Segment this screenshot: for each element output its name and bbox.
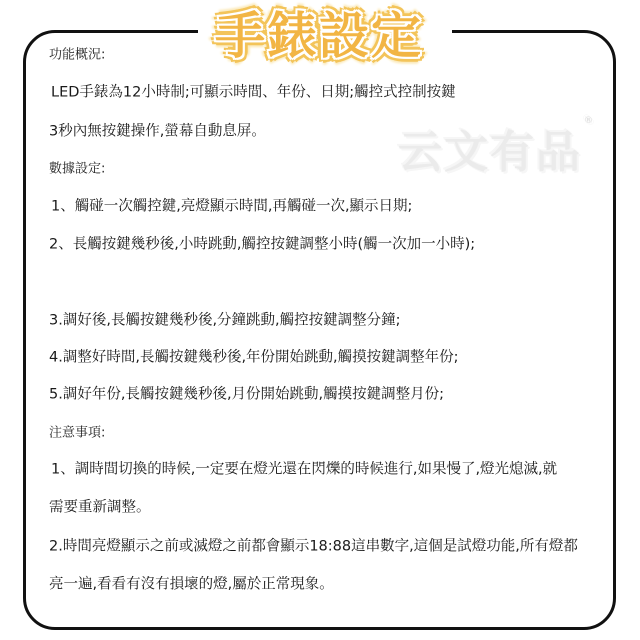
watermark-text: 云文有品	[398, 127, 582, 178]
notes-line: 2.時間亮燈顯示之前或滅燈之前都會顯示18:88這串數字,這個是試燈功能,所有燈…	[49, 535, 578, 556]
settings-step: 3.調好後,長觸按鍵幾秒後,分鐘跳動,觸控按鍵調整分鐘;	[49, 309, 401, 330]
settings-step: 5.調好年份,長觸按鍵幾秒後,月份開始跳動,觸摸按鍵調整月份;	[49, 383, 444, 404]
overview-line: LED手錶為12小時制;可顯示時間、年份、日期;觸控式控制按鍵	[51, 81, 456, 102]
notes-line: 需要重新調整。	[49, 496, 151, 517]
watermark-logo: 云文有品®	[398, 116, 595, 180]
overview-line: 3秒內無按鍵操作,螢幕自動息屏。	[49, 120, 266, 141]
settings-step: 2、長觸按鍵幾秒後,小時跳動,觸控按鍵調整小時(觸一次加一小時);	[49, 233, 475, 254]
settings-step: 4.調整好時間,長觸按鍵幾秒後,年份開始跳動,觸摸按鍵調整年份;	[49, 346, 459, 367]
notes-line: 亮一遍,看看有沒有損壞的燈,屬於正常現象。	[49, 573, 334, 594]
page-title: 手錶設定	[196, 2, 442, 70]
section-heading-notes: 注意事項:	[49, 422, 105, 441]
section-heading-settings: 數據設定:	[49, 158, 105, 177]
registered-mark-icon: ®	[584, 116, 595, 126]
section-heading-overview: 功能概況:	[49, 44, 105, 63]
notes-line: 1、調時間切換的時候,一定要在燈光還在閃爍的時候進行,如果慢了,燈光熄滅,就	[51, 458, 557, 479]
settings-step: 1、觸碰一次觸控鍵,亮燈顯示時間,再觸碰一次,顯示日期;	[51, 195, 412, 216]
